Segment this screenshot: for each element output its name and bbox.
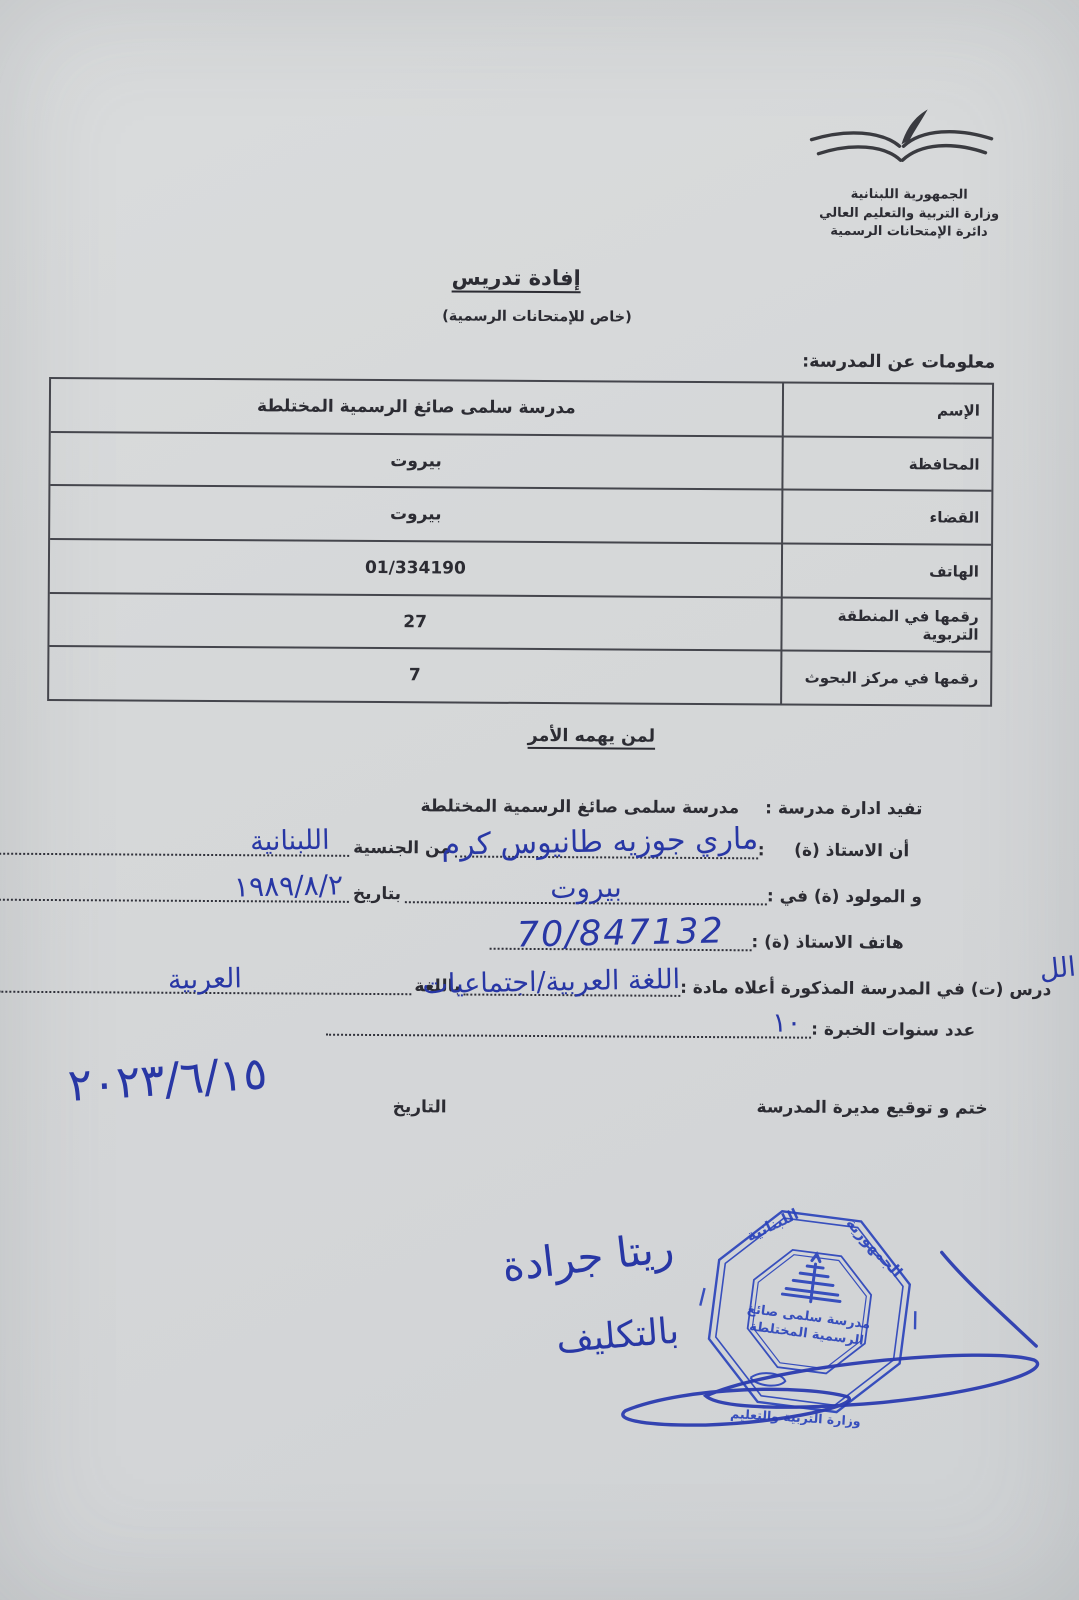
subject-line: درس (ت) في المدرسة المذكورة أعلاه مادة :… — [0, 957, 1052, 1003]
experience-handwriting: ١٠ — [772, 1007, 802, 1039]
intro-label: تفيد ادارة مدرسة : — [765, 798, 922, 822]
row-value: 27 — [49, 594, 780, 650]
table-row: الإسم مدرسة سلمى صائغ الرسمية المختلطة — [51, 379, 992, 438]
school-info-table: الإسم مدرسة سلمى صائغ الرسمية المختلطة ا… — [47, 377, 994, 707]
nationality-handwriting: اللبنانية — [250, 825, 330, 858]
intro-school-name: مدرسة سلمى صائغ الرسمية المختلطة — [420, 796, 739, 821]
row-label: رقمها في المنطقة التربوية — [780, 598, 990, 651]
row-value: مدرسة سلمى صائغ الرسمية المختلطة — [51, 379, 782, 435]
phone-label: هاتف الاستاذ (ة) : — [751, 932, 903, 956]
row-label: الإسم — [782, 383, 992, 436]
school-info-section-label: معلومات عن المدرسة: — [802, 352, 995, 373]
nationality-label: من الجنسية — [353, 838, 451, 862]
birth-place-field: بيروت — [405, 897, 767, 905]
teacher-line: أن الاستاذ (ة) : ماري جوزيه طانيوس كرم م… — [0, 819, 909, 865]
document-subtitle: (خاص للإمتحانات الرسمية) — [0, 306, 1077, 329]
row-value: بيروت — [50, 433, 781, 489]
table-row: رقمها في المنطقة التربوية 27 — [49, 594, 990, 653]
teacher-label: أن الاستاذ (ة) : — [758, 840, 910, 864]
table-row: القضاء بيروت — [50, 486, 991, 545]
phone-line: هاتف الاستاذ (ة) : 70/847132 — [0, 911, 904, 957]
phone-handwriting: 70/847132 — [489, 911, 752, 956]
ministry-line: وزارة التربية والتعليم العالي — [759, 204, 1059, 224]
subject-handwriting: اللغة العربية/اجتماعيات — [463, 964, 680, 999]
intro-line: تفيد ادارة مدرسة : مدرسة سلمى صائغ الرسم… — [0, 777, 923, 823]
row-value: 7 — [49, 647, 780, 703]
open-book-quill-logo — [801, 100, 1002, 186]
department-line: دائرة الإمتحانات الرسمية — [759, 222, 1059, 242]
ministry-header: الجمهورية اللبنانية وزارة التربية والتعل… — [759, 185, 1059, 242]
row-label: رقمها في مركز البحوث — [780, 652, 990, 705]
stamp-signature-label: ختم و توقيع مديرة المدرسة — [756, 1097, 987, 1118]
table-row: رقمها في مركز البحوث 7 — [49, 647, 990, 704]
birth-date-handwriting: ١٩٨٩/٨/٢ — [234, 868, 344, 903]
nationality-field: اللبنانية — [0, 849, 349, 857]
birth-line: و المولود (ة) في : بيروت بتاريخ ١٩٨٩/٨/٢ — [0, 865, 922, 911]
subject-label: درس (ت) في المدرسة المذكورة أعلاه مادة : — [680, 978, 1051, 1004]
row-value: بيروت — [50, 486, 781, 542]
table-row: الهاتف 01/334190 — [50, 540, 991, 599]
subject-field: اللغة العربية/اجتماعيات — [463, 990, 680, 997]
birth-place-handwriting: بيروت — [405, 868, 767, 908]
experience-field: ١٠ — [326, 1030, 811, 1039]
experience-label: عدد سنوات الخبرة : — [811, 1019, 975, 1043]
birth-date-field: ١٩٨٩/٨/٢ — [0, 895, 349, 903]
row-label: المحافظة — [781, 437, 991, 490]
row-label: القضاء — [781, 491, 991, 544]
subject-overflow-handwriting: الل — [1038, 951, 1077, 985]
teacher-name-field: ماري جوزيه طانيوس كرم — [455, 851, 758, 859]
signature-flourish — [556, 1225, 1076, 1438]
row-label: الهاتف — [781, 544, 991, 597]
teacher-name-handwriting: ماري جوزيه طانيوس كرم — [455, 821, 759, 862]
date-handwriting: ٢٠٢٣/٦/١٥ — [66, 1046, 268, 1112]
language-handwriting: العربية — [0, 960, 412, 999]
table-row: المحافظة بيروت — [50, 433, 991, 492]
phone-field: 70/847132 — [489, 944, 751, 952]
row-value: 01/334190 — [50, 540, 781, 596]
scanned-document: الجمهورية اللبنانية وزارة التربية والتعل… — [0, 0, 1079, 1600]
republic-line: الجمهورية اللبنانية — [759, 185, 1059, 205]
document-title: إفادة تدريس — [0, 263, 1056, 294]
birth-date-label: بتاريخ — [353, 884, 401, 908]
birth-label: و المولود (ة) في : — [767, 886, 922, 910]
language-field: العربية — [0, 987, 411, 996]
letter-heading: لمن يهمه الأمر — [52, 723, 1079, 750]
experience-line: عدد سنوات الخبرة : ١٠ — [0, 998, 975, 1044]
date-label: التاريخ — [393, 1097, 447, 1117]
